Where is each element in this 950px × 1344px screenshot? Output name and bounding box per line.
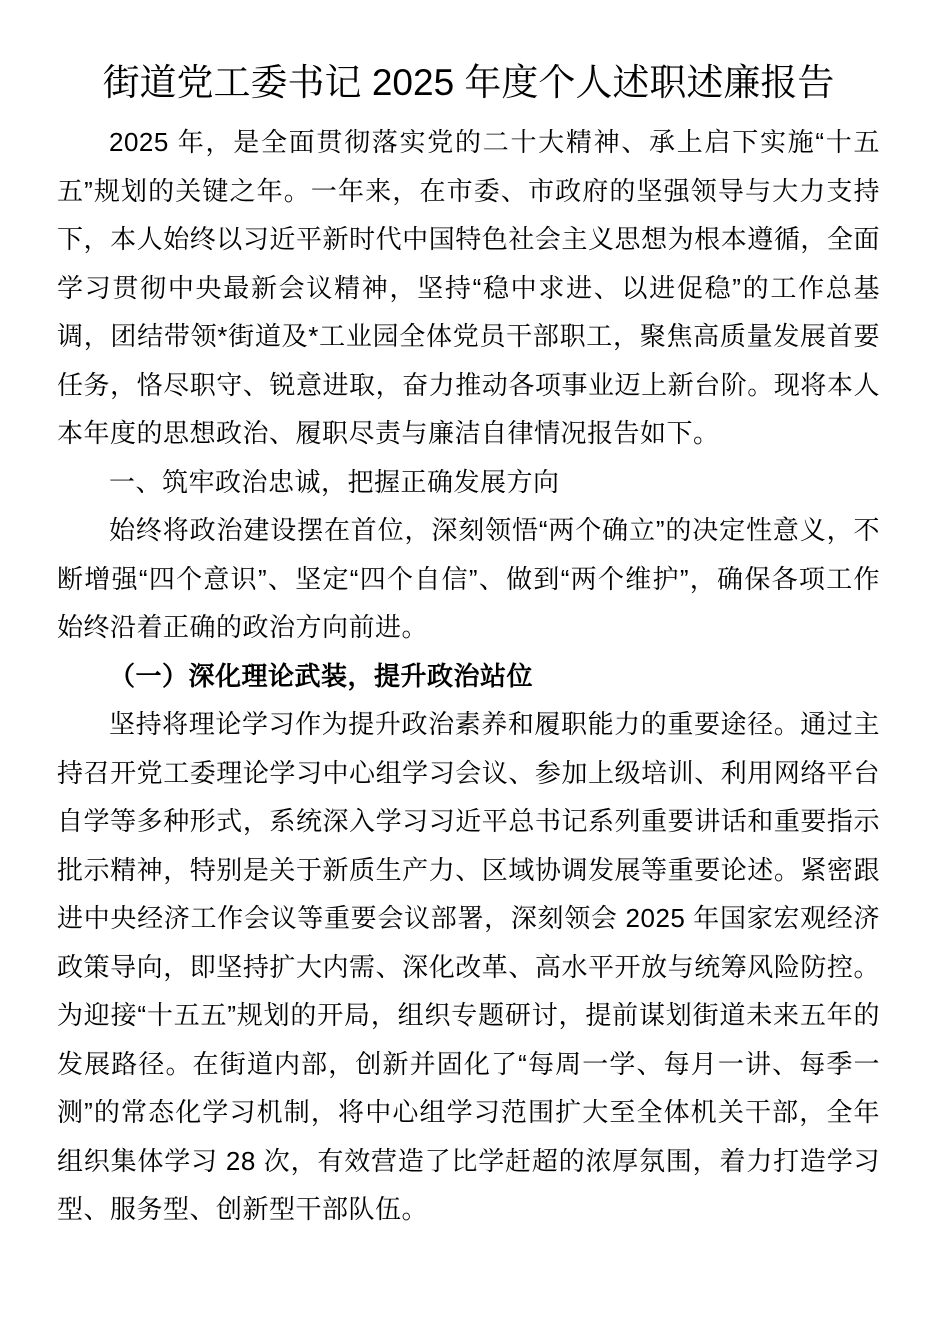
- subsection-heading: （一）深化理论武装，提升政治站位: [57, 652, 880, 701]
- paragraph: 2025 年，是全面贯彻落实党的二十大精神、承上启下实施“十五五”规划的关键之年…: [57, 118, 880, 458]
- paragraph: 坚持将理论学习作为提升政治素养和履职能力的重要途径。通过主持召开党工委理论学习中…: [57, 700, 880, 1234]
- document-title: 街道党工委书记 2025 年度个人述职述廉报告: [57, 58, 880, 108]
- paragraph: 始终将政治建设摆在首位，深刻领悟“两个确立”的决定性意义，不断增强“四个意识”、…: [57, 506, 880, 652]
- document-page: 街道党工委书记 2025 年度个人述职述廉报告 2025 年，是全面贯彻落实党的…: [0, 0, 950, 1344]
- section-heading: 一、筑牢政治忠诚，把握正确发展方向: [57, 458, 880, 507]
- document-body: 2025 年，是全面贯彻落实党的二十大精神、承上启下实施“十五五”规划的关键之年…: [57, 118, 880, 1234]
